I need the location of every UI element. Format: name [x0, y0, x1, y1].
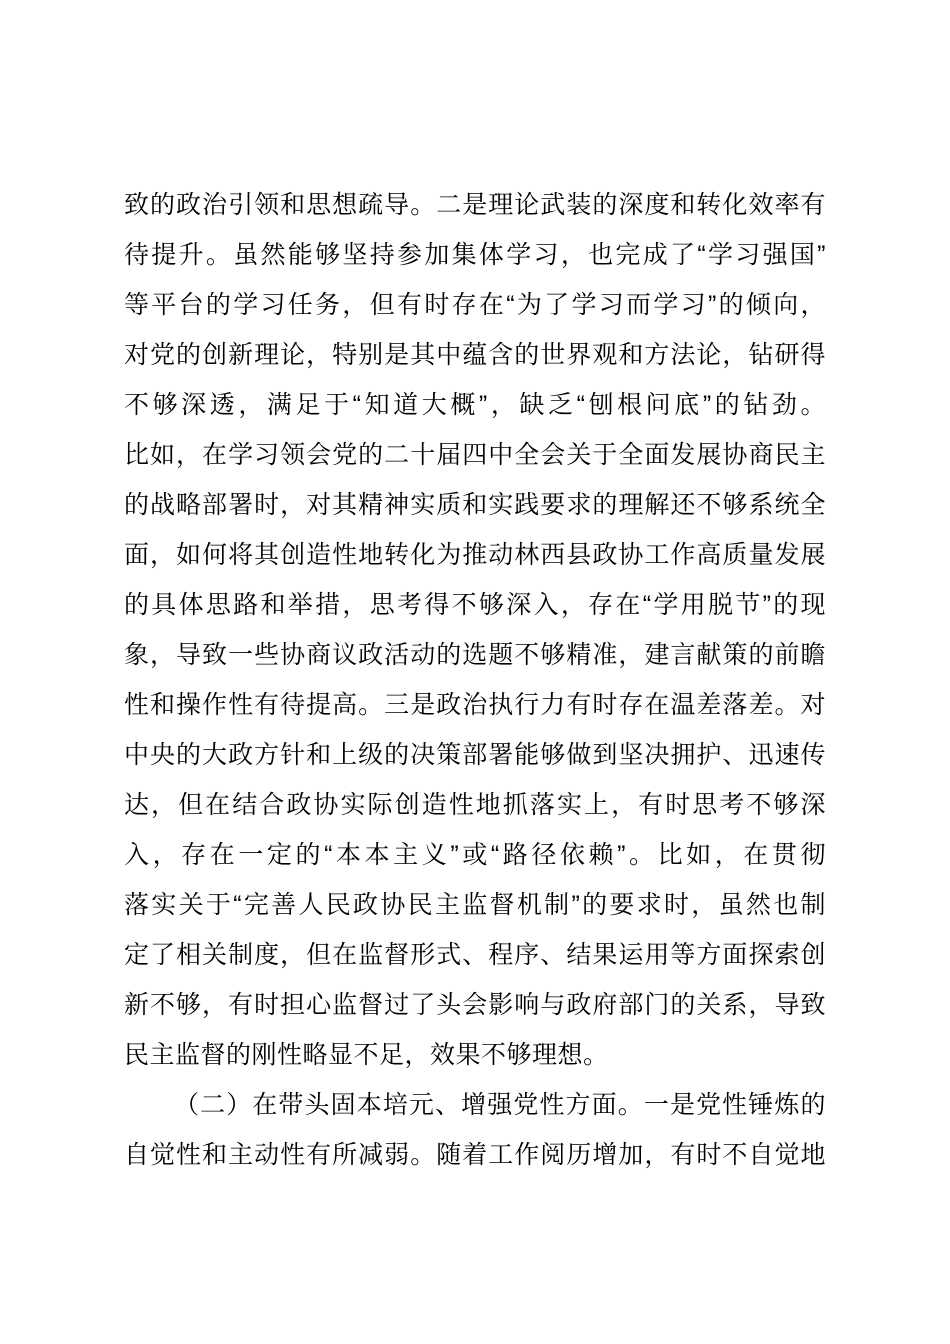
text-line: 等平台的学习任务，但有时存在“为了学习而学习”的倾向， [124, 280, 826, 330]
text-line: 定了相关制度，但在监督形式、程序、结果运用等方面探索创 [124, 930, 826, 980]
text-line: 的战略部署时，对其精神实质和实践要求的理解还不够系统全 [124, 480, 826, 530]
text-line: 入，存在一定的“本本主义”或“路径依赖”。比如，在贯彻 [124, 830, 826, 880]
text-line: 新不够，有时担心监督过了头会影响与政府部门的关系，导致 [124, 980, 826, 1030]
text-line: 致的政治引领和思想疏导。二是理论武装的深度和转化效率有 [124, 180, 826, 230]
text-line-paragraph-start: （二）在带头固本培元、增强党性方面。一是党性锤炼的 [124, 1080, 826, 1130]
text-line: 自觉性和主动性有所减弱。随着工作阅历增加，有时不自觉地 [124, 1130, 826, 1180]
text-line: 面，如何将其创造性地转化为推动林西县政协工作高质量发展 [124, 530, 826, 580]
text-line: 对党的创新理论，特别是其中蕴含的世界观和方法论，钻研得 [124, 330, 826, 380]
text-line: 不够深透，满足于“知道大概”，缺乏“刨根问底”的钻劲。 [124, 380, 826, 430]
text-line: 象，导致一些协商议政活动的选题不够精准，建言献策的前瞻 [124, 630, 826, 680]
text-line: 的具体思路和举措，思考得不够深入，存在“学用脱节”的现 [124, 580, 826, 630]
text-line: 待提升。虽然能够坚持参加集体学习，也完成了“学习强国” [124, 230, 826, 280]
text-line-paragraph-end: 民主监督的刚性略显不足，效果不够理想。 [124, 1030, 826, 1080]
text-line: 落实关于“完善人民政协民主监督机制”的要求时，虽然也制 [124, 880, 826, 930]
text-line: 达，但在结合政协实际创造性地抓落实上，有时思考不够深 [124, 780, 826, 830]
text-line: 性和操作性有待提高。三是政治执行力有时存在温差落差。对 [124, 680, 826, 730]
text-line: 中央的大政方针和上级的决策部署能够做到坚决拥护、迅速传 [124, 730, 826, 780]
text-line: 比如，在学习领会党的二十届四中全会关于全面发展协商民主 [124, 430, 826, 480]
document-page: 致的政治引领和思想疏导。二是理论武装的深度和转化效率有 待提升。虽然能够坚持参加… [124, 180, 826, 1180]
